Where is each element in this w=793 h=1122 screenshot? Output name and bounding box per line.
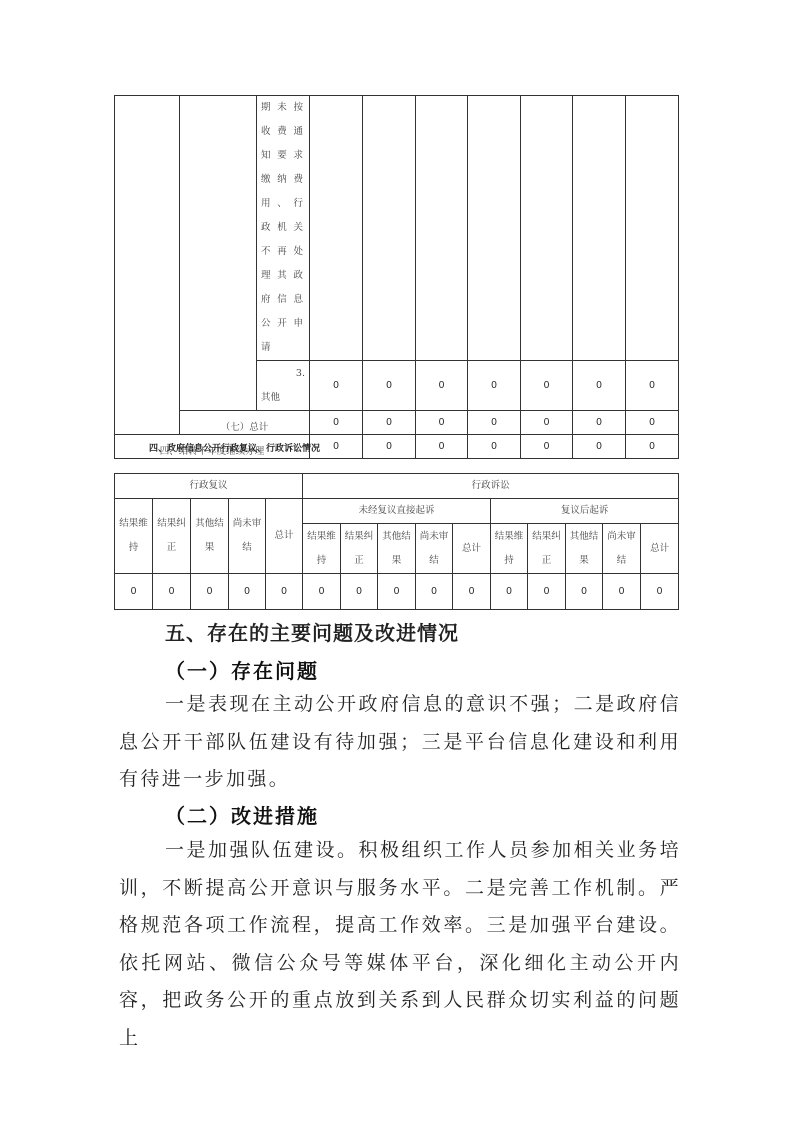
header-cell: 总计 xyxy=(266,499,303,574)
header-cell: 结果维持 xyxy=(115,499,153,574)
table-row: 期未按收费通知要求缴纳费用、行政机关不再处理其政府信息公开申请 xyxy=(115,96,679,361)
measures-paragraph: 一是加强队伍建设。积极组织工作人员参加相关业务培训，不断提高公开意识与服务水平。… xyxy=(119,832,681,1057)
review-litigation-table: 行政复议 行政诉讼 结果维持 结果纠正 其他结果 尚未审结 总计 未经复议直接起… xyxy=(114,473,679,610)
row-label-other: 3. 其他 xyxy=(257,361,310,411)
blank-category-cell xyxy=(115,96,180,435)
header-admin-review: 行政复议 xyxy=(115,474,303,499)
subsection-measures-title: （二）改进措施 xyxy=(165,800,319,829)
value-cell: 0 xyxy=(416,574,453,610)
value-cell: 0 xyxy=(573,435,626,459)
value-cell: 0 xyxy=(341,574,378,610)
header-after-review-suit: 复议后起诉 xyxy=(491,499,679,524)
value-cell: 0 xyxy=(191,574,229,610)
header-cell: 其他结果 xyxy=(191,499,229,574)
header-cell: 尚未审结 xyxy=(229,499,266,574)
value-cell: 0 xyxy=(491,574,528,610)
value-cell: 0 xyxy=(453,574,491,610)
value-cell: 0 xyxy=(521,361,573,411)
header-cell: 结果维持 xyxy=(491,524,528,574)
subsection-problems-title: （一）存在问题 xyxy=(165,655,319,684)
value-cell: 0 xyxy=(378,574,416,610)
value-cell xyxy=(416,96,468,361)
header-cell: 总计 xyxy=(453,524,491,574)
value-cell: 0 xyxy=(310,411,363,435)
problems-paragraph: 一是表现在主动公开政府信息的意识不强；二是政府信息公开干部队伍建设有待加强；三是… xyxy=(119,686,681,799)
value-cell: 0 xyxy=(528,574,566,610)
value-cell: 0 xyxy=(363,435,416,459)
value-cell: 0 xyxy=(521,435,573,459)
row-label-total: （七）总计 xyxy=(180,411,310,435)
row-label-text: 其他 xyxy=(261,392,280,403)
value-cell: 0 xyxy=(266,574,303,610)
header-cell: 其他结果 xyxy=(378,524,416,574)
value-cell: 0 xyxy=(416,411,468,435)
value-cell: 0 xyxy=(573,411,626,435)
value-cell: 0 xyxy=(641,574,679,610)
table-row: 0 0 0 0 0 0 0 0 0 0 0 0 0 0 0 xyxy=(115,574,679,610)
table-header-row: 结果维持 结果纠正 其他结果 尚未审结 总计 未经复议直接起诉 复议后起诉 xyxy=(115,499,679,524)
header-cell: 尚未审结 xyxy=(603,524,641,574)
value-cell: 0 xyxy=(416,361,468,411)
value-cell: 0 xyxy=(573,361,626,411)
table-header-row: 行政复议 行政诉讼 xyxy=(115,474,679,499)
header-cell: 总计 xyxy=(641,524,679,574)
value-cell: 0 xyxy=(468,361,521,411)
value-cell: 0 xyxy=(468,411,521,435)
value-cell xyxy=(626,96,679,361)
value-cell: 0 xyxy=(363,411,416,435)
value-cell: 0 xyxy=(468,435,521,459)
value-cell: 0 xyxy=(566,574,603,610)
header-cell: 其他结果 xyxy=(566,524,603,574)
header-cell: 结果维持 xyxy=(303,524,341,574)
value-cell xyxy=(573,96,626,361)
row-label-number: 3. xyxy=(261,362,305,386)
header-direct-suit: 未经复议直接起诉 xyxy=(303,499,491,524)
application-handling-table-continued: 期未按收费通知要求缴纳费用、行政机关不再处理其政府信息公开申请 3. 其他 0 … xyxy=(114,95,679,459)
value-cell: 0 xyxy=(153,574,191,610)
header-cell: 尚未审结 xyxy=(416,524,453,574)
value-cell xyxy=(310,96,363,361)
header-cell: 结果纠正 xyxy=(153,499,191,574)
value-cell: 0 xyxy=(363,361,416,411)
value-cell: 0 xyxy=(310,361,363,411)
value-cell: 0 xyxy=(303,574,341,610)
row-label-fee-unpaid: 期未按收费通知要求缴纳费用、行政机关不再处理其政府信息公开申请 xyxy=(257,96,310,361)
header-cell: 结果纠正 xyxy=(528,524,566,574)
value-cell: 0 xyxy=(626,361,679,411)
value-cell xyxy=(468,96,521,361)
value-cell: 0 xyxy=(626,435,679,459)
value-cell xyxy=(363,96,416,361)
value-cell: 0 xyxy=(115,574,153,610)
value-cell: 0 xyxy=(603,574,641,610)
value-cell: 0 xyxy=(229,574,266,610)
value-cell xyxy=(521,96,573,361)
table-row: （七）总计 0 0 0 0 0 0 0 xyxy=(115,411,679,435)
blank-subcategory-cell xyxy=(180,96,257,411)
header-litigation: 行政诉讼 xyxy=(303,474,679,499)
value-cell: 0 xyxy=(521,411,573,435)
value-cell: 0 xyxy=(416,435,468,459)
value-cell: 0 xyxy=(626,411,679,435)
section-4-title: 四、政府信息公开行政复议、行政诉讼情况 xyxy=(149,441,320,454)
section-5-title: 五、存在的主要问题及改进情况 xyxy=(165,617,459,646)
header-cell: 结果纠正 xyxy=(341,524,378,574)
